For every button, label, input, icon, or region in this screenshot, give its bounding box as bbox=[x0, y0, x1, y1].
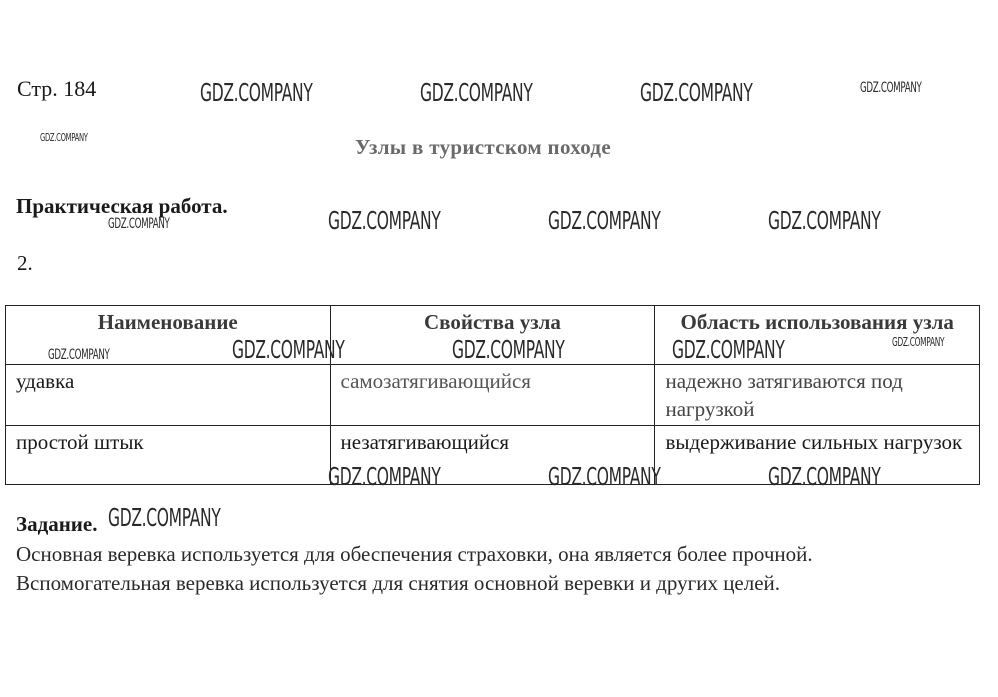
watermark: GDZ.COMPANY bbox=[48, 347, 110, 363]
cell-name: простой штык bbox=[6, 426, 331, 485]
watermark: GDZ.COMPANY bbox=[548, 206, 661, 235]
watermark: GDZ.COMPANY bbox=[232, 335, 345, 364]
task-label: Задание. bbox=[16, 512, 97, 537]
watermark: GDZ.COMPANY bbox=[108, 216, 170, 232]
item-number: 2. bbox=[17, 251, 33, 276]
watermark: GDZ.COMPANY bbox=[420, 78, 533, 107]
page-number: Стр. 184 bbox=[17, 76, 96, 102]
task-line: Основная веревка используется для обеспе… bbox=[16, 540, 996, 569]
watermark: GDZ.COMPANY bbox=[892, 335, 944, 349]
table-row: удавка самозатягивающийся надежно затяги… bbox=[6, 365, 980, 426]
watermark: GDZ.COMPANY bbox=[328, 462, 441, 491]
watermark: GDZ.COMPANY bbox=[548, 462, 661, 491]
watermark: GDZ.COMPANY bbox=[640, 78, 753, 107]
watermark: GDZ.COMPANY bbox=[452, 335, 565, 364]
watermark: GDZ.COMPANY bbox=[328, 206, 441, 235]
knots-table: Наименование Свойства узла Область испол… bbox=[5, 305, 980, 485]
watermark: GDZ.COMPANY bbox=[108, 503, 221, 532]
cell-properties: самозатягивающийся bbox=[330, 365, 655, 426]
task-line: Вспомогательная веревка используется для… bbox=[16, 569, 996, 598]
watermark: GDZ.COMPANY bbox=[860, 80, 922, 96]
task-text: Основная веревка используется для обеспе… bbox=[16, 540, 996, 598]
watermark: GDZ.COMPANY bbox=[40, 131, 88, 144]
watermark: GDZ.COMPANY bbox=[200, 78, 313, 107]
page-title: Узлы в туристском походе bbox=[355, 135, 611, 160]
cell-name: удавка bbox=[6, 365, 331, 426]
cell-usage: надежно затягиваются под нагрузкой bbox=[655, 365, 980, 426]
watermark: GDZ.COMPANY bbox=[672, 335, 785, 364]
watermark: GDZ.COMPANY bbox=[768, 206, 881, 235]
watermark: GDZ.COMPANY bbox=[768, 462, 881, 491]
